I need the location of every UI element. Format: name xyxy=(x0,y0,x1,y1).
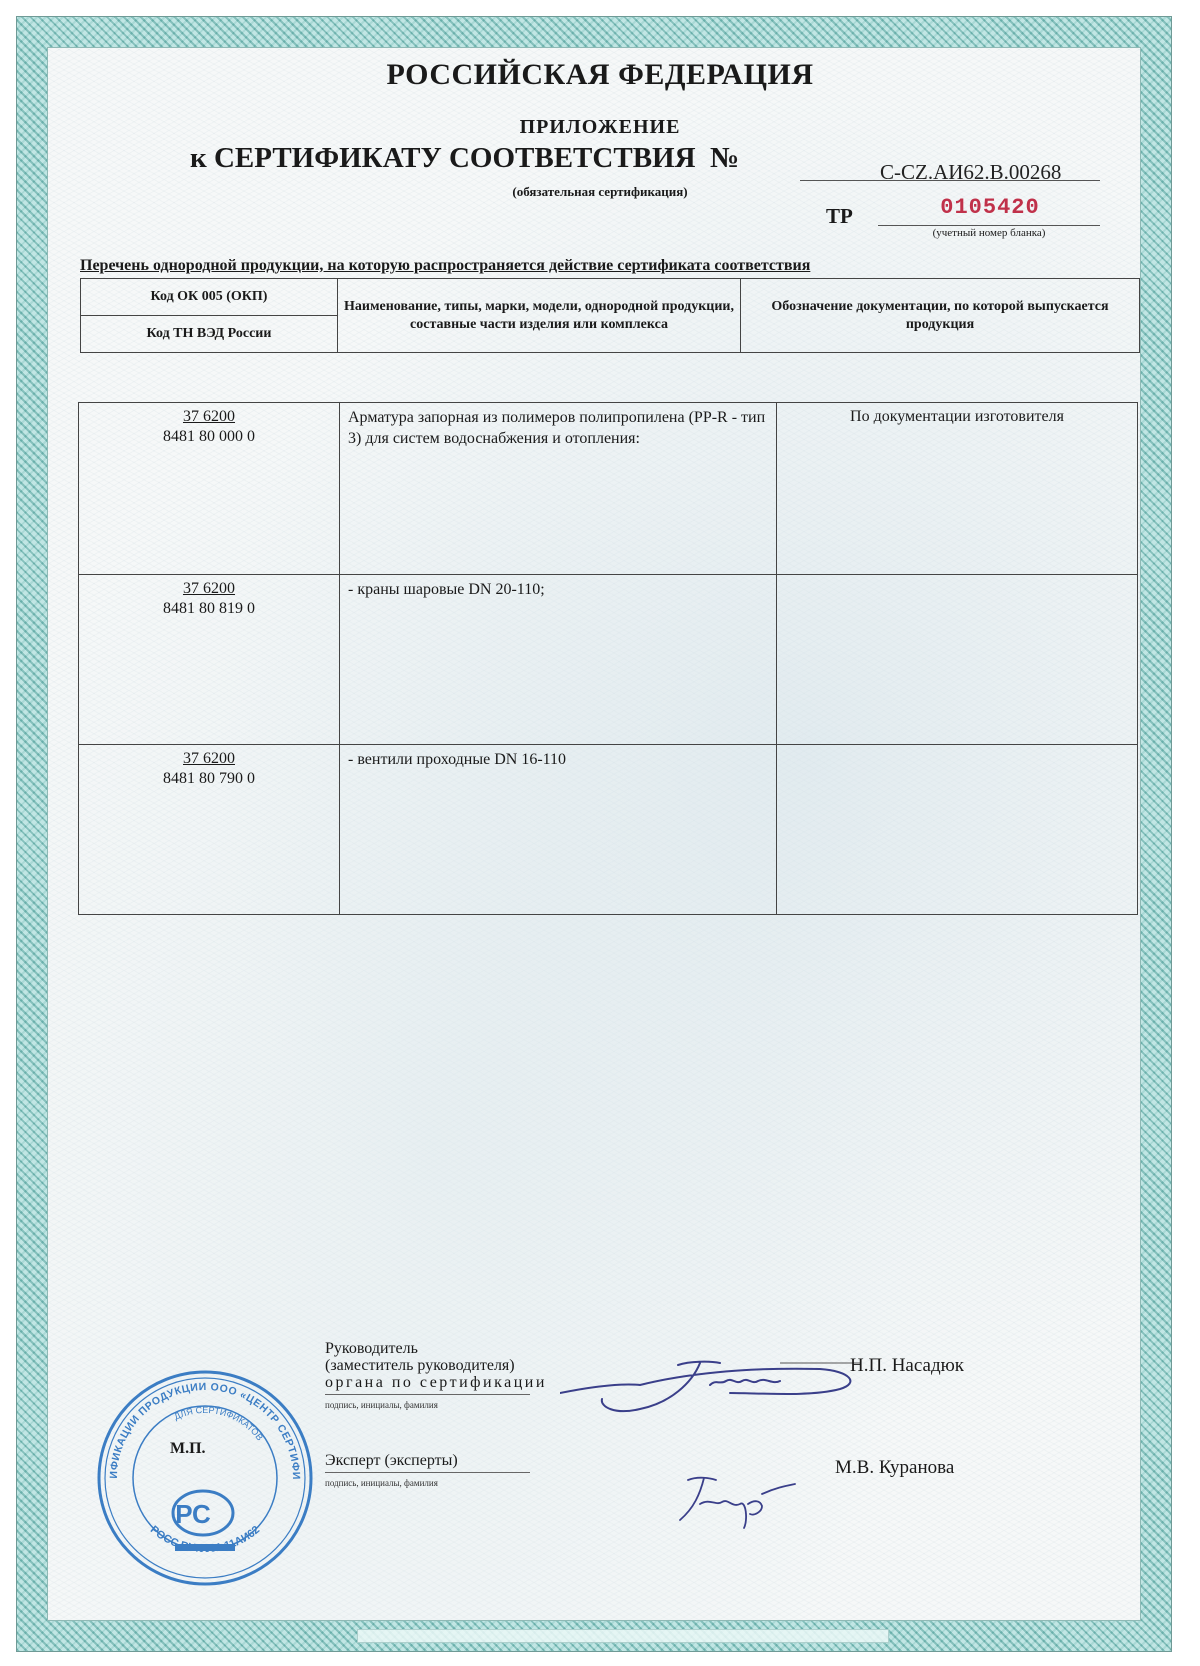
documentation-cell xyxy=(777,745,1138,915)
expert-signature-caption: подпись, инициалы, фамилия xyxy=(325,1475,530,1492)
code-okp: 37 6200 xyxy=(87,407,331,427)
code-okp: 37 6200 xyxy=(87,579,331,599)
documentation-cell: По документации изготовителя xyxy=(777,403,1138,575)
product-table: 37 62008481 80 000 0Арматура запорная из… xyxy=(78,402,1138,915)
code-cell: 37 62008481 80 790 0 xyxy=(79,745,340,915)
expert-signature-icon xyxy=(670,1470,800,1530)
table-row: 37 62008481 80 000 0Арматура запорная из… xyxy=(79,403,1138,575)
stamp-place-label: М.П. xyxy=(170,1440,206,1458)
document-type: ПРИЛОЖЕНИЕ xyxy=(0,116,1200,139)
svg-text:ОРГАН ПО СЕРТИФИКАЦИИ ПРОДУКЦИ: ОРГАН ПО СЕРТИФИКАЦИИ ПРОДУКЦИИ ООО «ЦЕН… xyxy=(95,1368,302,1480)
head-role-line2: (заместитель руководителя) xyxy=(325,1357,547,1374)
number-sign: № xyxy=(710,142,739,174)
head-role-line3: органа по сертификации xyxy=(325,1374,547,1391)
expert-signature-block: Эксперт (эксперты) подпись, инициалы, фа… xyxy=(325,1452,530,1492)
certificate-prefix: к СЕРТИФИКАТУ СООТВЕТСТВИЯ xyxy=(190,142,696,174)
header-code-okp: Код ОК 005 (ОКП) xyxy=(81,279,338,316)
table-header: Код ОК 005 (ОКП) Наименование, типы, мар… xyxy=(80,278,1140,353)
header-code-tnved: Код ТН ВЭД России xyxy=(81,316,338,353)
head-signature-rule xyxy=(325,1394,530,1395)
documentation-cell xyxy=(777,575,1138,745)
code-tnved: 8481 80 819 0 xyxy=(87,599,331,619)
code-tnved: 8481 80 790 0 xyxy=(87,769,331,789)
table-row: 37 62008481 80 819 0- краны шаровые DN 2… xyxy=(79,575,1138,745)
head-signature-caption: подпись, инициалы, фамилия xyxy=(325,1397,547,1414)
certification-seal-icon: ОРГАН ПО СЕРТИФИКАЦИИ ПРОДУКЦИИ ООО «ЦЕН… xyxy=(95,1368,315,1588)
product-name-cell: - краны шаровые DN 20-110; xyxy=(340,575,777,745)
blank-number: 0105420 xyxy=(880,195,1100,220)
header-documentation: Обозначение документации, по которой вып… xyxy=(741,279,1140,353)
blank-series: ТР xyxy=(826,204,853,229)
product-list-heading: Перечень однородной продукции, на котору… xyxy=(80,257,1140,275)
product-name-cell: Арматура запорная из полимеров полипропи… xyxy=(340,403,777,575)
expert-name: М.В. Куранова xyxy=(835,1457,954,1479)
expert-role: Эксперт (эксперты) xyxy=(325,1452,530,1469)
product-name-cell: - вентили проходные DN 16-110 xyxy=(340,745,777,915)
code-okp: 37 6200 xyxy=(87,749,331,769)
code-cell: 37 62008481 80 000 0 xyxy=(79,403,340,575)
table-row: 37 62008481 80 790 0- вентили проходные … xyxy=(79,745,1138,915)
svg-text:ДЛЯ СЕРТИФИКАТОВ: ДЛЯ СЕРТИФИКАТОВ xyxy=(173,1405,265,1442)
expert-signature-rule xyxy=(325,1472,530,1473)
svg-text:РС: РС xyxy=(175,1499,211,1529)
blank-number-caption: (учетный номер бланка) xyxy=(878,227,1100,239)
code-tnved: 8481 80 000 0 xyxy=(87,427,331,447)
header-product-name: Наименование, типы, марки, модели, однор… xyxy=(338,279,741,353)
head-signature-icon xyxy=(560,1355,860,1425)
country-title: РОССИЙСКАЯ ФЕДЕРАЦИЯ xyxy=(0,58,1200,92)
certificate-number: C-CZ.АИ62.В.00268 xyxy=(880,160,1061,185)
head-name: Н.П. Насадюк xyxy=(850,1355,964,1377)
certificate-heading: к СЕРТИФИКАТУ СООТВЕТСТВИЯ № xyxy=(190,142,739,175)
head-signature-block: Руководитель (заместитель руководителя) … xyxy=(325,1340,547,1414)
blank-number-underline xyxy=(878,225,1100,226)
head-role-line1: Руководитель xyxy=(325,1340,547,1357)
footer-microtext-strip xyxy=(357,1629,889,1643)
code-cell: 37 62008481 80 819 0 xyxy=(79,575,340,745)
